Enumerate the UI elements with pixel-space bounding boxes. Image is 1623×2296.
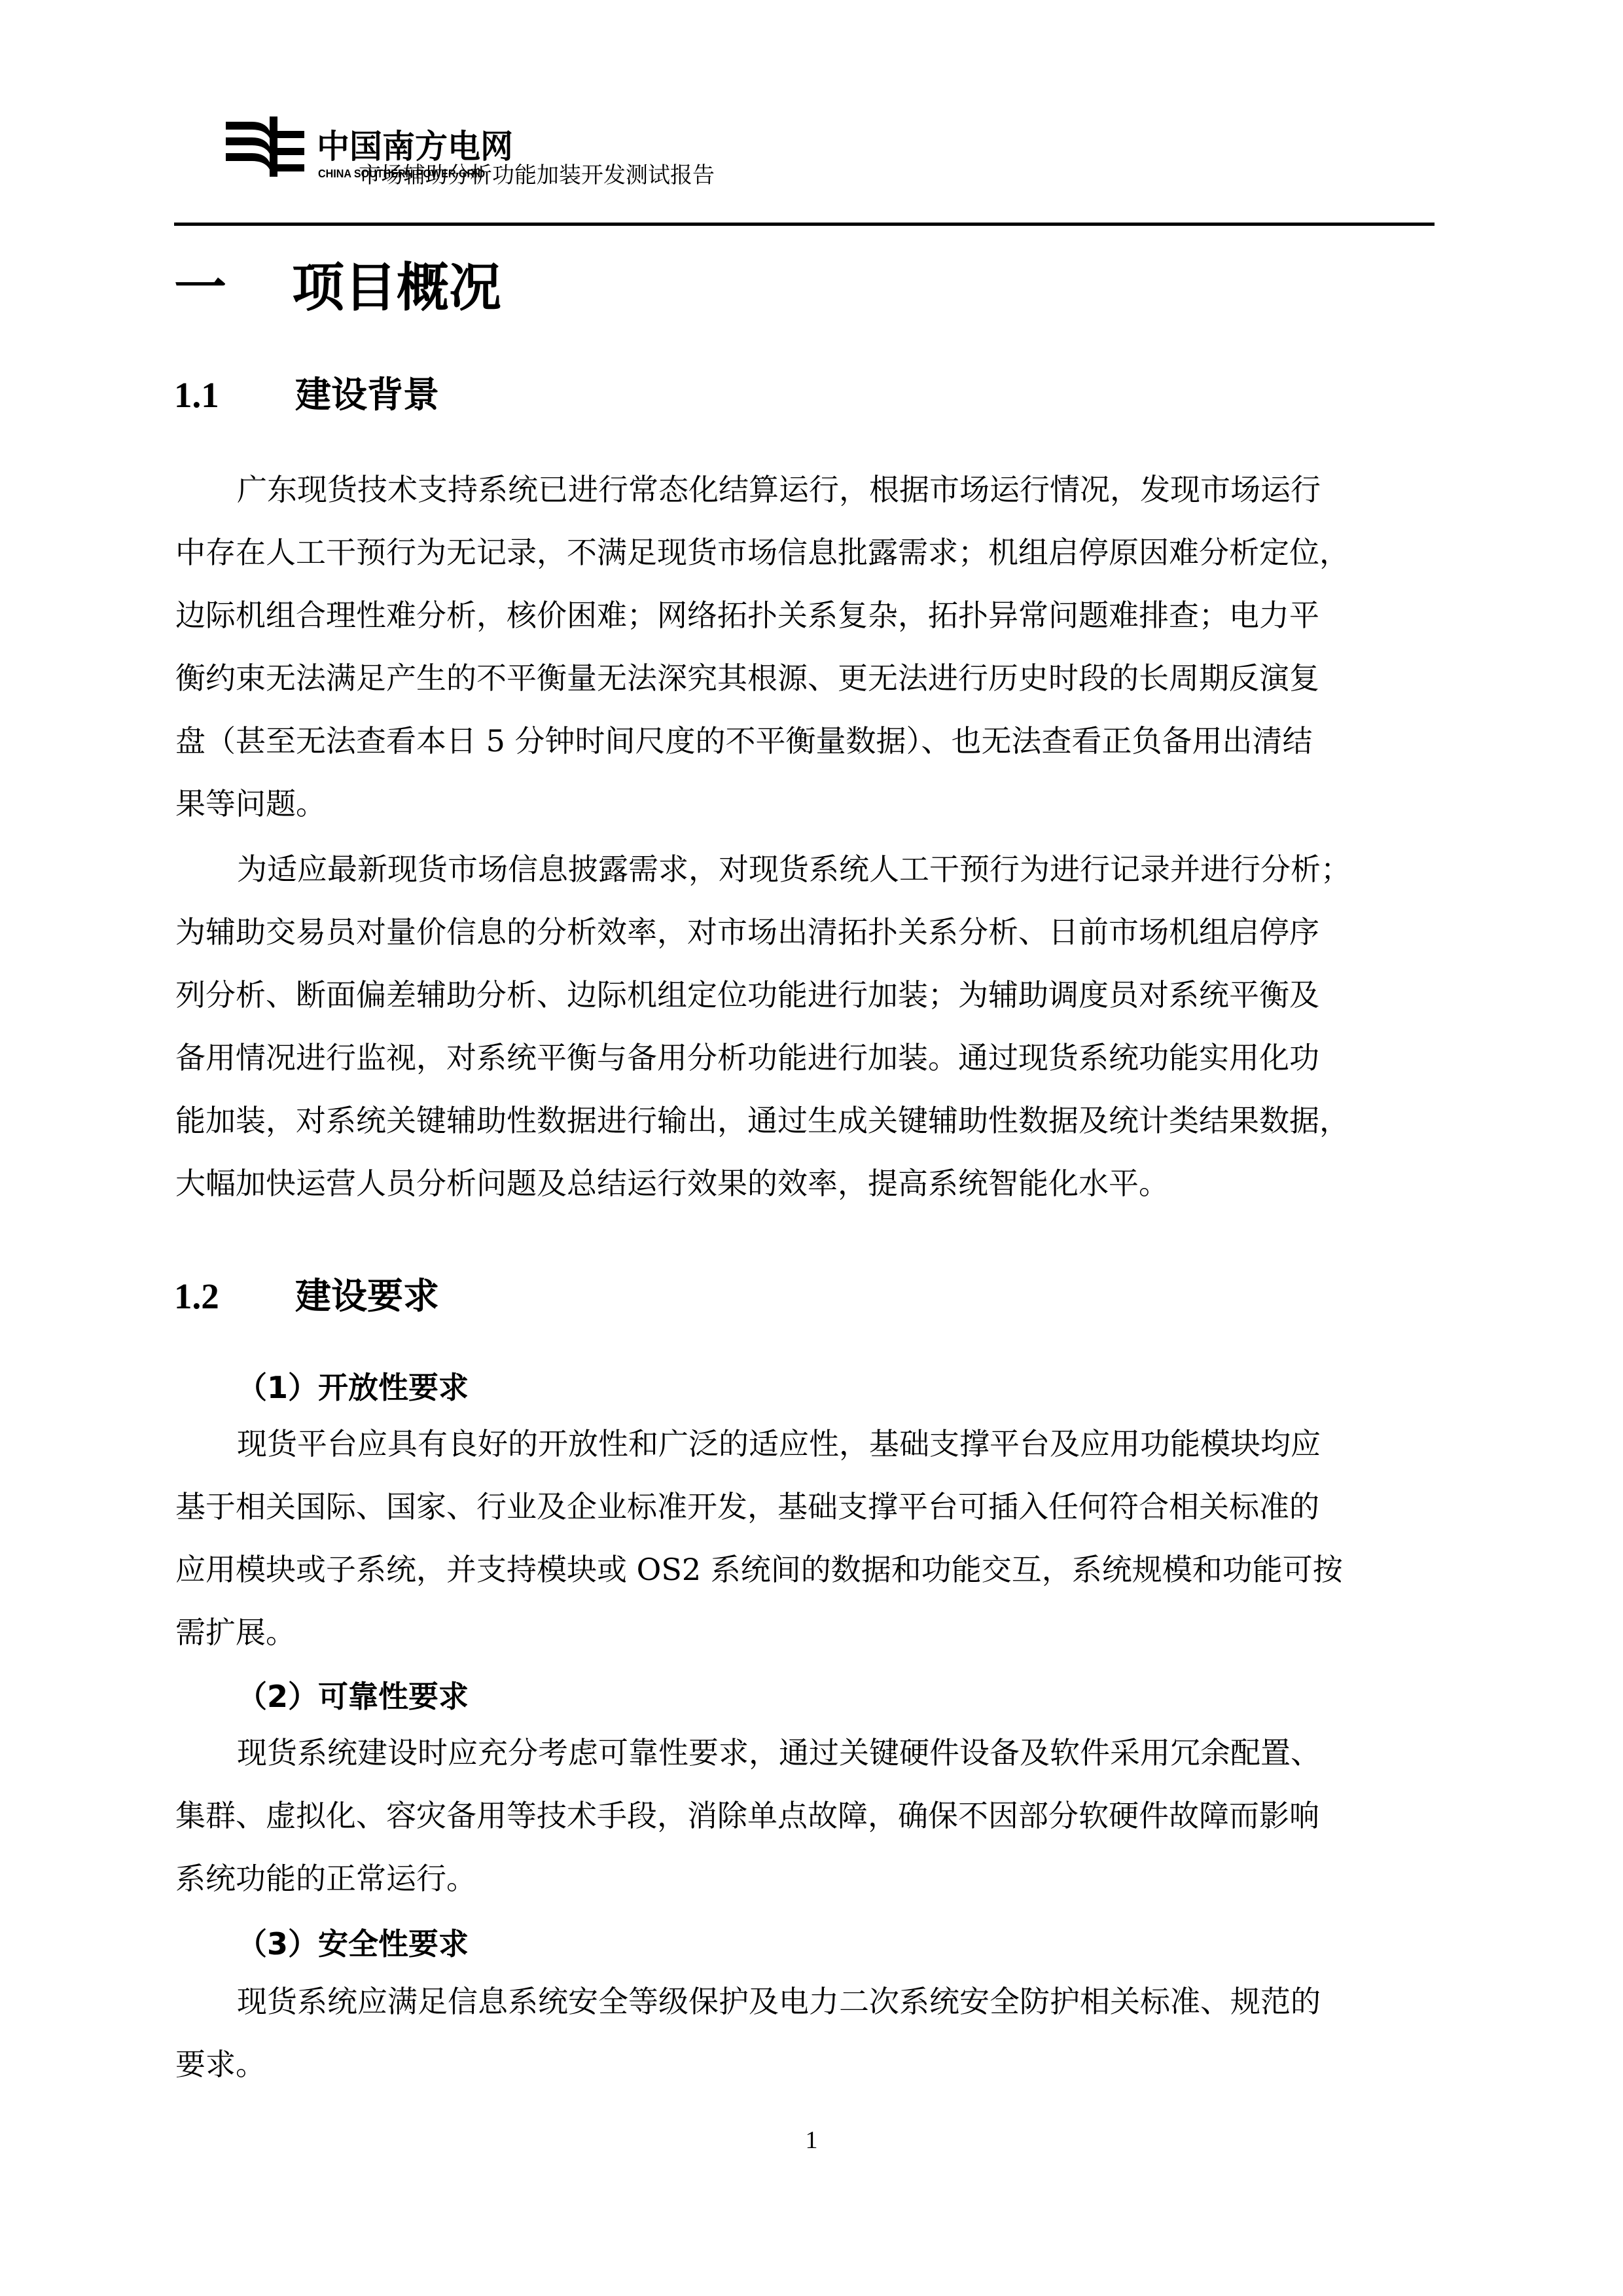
- text-line: 备用情况进行监视，对系统平衡与备用分析功能进行加装。通过现货系统功能实用化功: [175, 1026, 1419, 1089]
- text-line: 需扩展。: [175, 1601, 1419, 1664]
- text-line: 集群、虚拟化、容灾备用等技术手段，消除单点故障，确保不因部分软硬件故障而影响: [175, 1784, 1419, 1847]
- text-line: 要求。: [175, 2033, 1419, 2096]
- section-heading-1-2: 1.2建设要求: [174, 1273, 439, 1319]
- text-line: 系统功能的正常运行。: [175, 1847, 1419, 1910]
- requirement-heading-reliability: （2）可靠性要求: [237, 1677, 469, 1716]
- text-line: 为适应最新现货市场信息披露需求，对现货系统人工干预行为进行记录并进行分析；: [175, 838, 1419, 901]
- company-name-cn: 中国南方电网: [317, 128, 513, 165]
- text-line: 大幅加快运营人员分析问题及总结运行效果的效率，提高系统智能化水平。: [175, 1152, 1419, 1215]
- text-line: 现货系统应满足信息系统安全等级保护及电力二次系统安全防护相关标准、规范的: [175, 1970, 1419, 2033]
- requirement-heading-security: （3）安全性要求: [237, 1924, 469, 1964]
- section-title: 建设背景: [295, 374, 439, 416]
- text-line: 现货系统建设时应充分考虑可靠性要求，通过关键硬件设备及软件采用冗余配置、: [175, 1721, 1419, 1784]
- company-logo-icon: [226, 117, 306, 177]
- chapter-heading: 一项目概况: [174, 255, 501, 321]
- text-line: 为辅助交易员对量价信息的分析效率，对市场出清拓扑关系分析、日前市场机组启停序: [175, 901, 1419, 963]
- requirement-reliability-text: 现货系统建设时应充分考虑可靠性要求，通过关键硬件设备及软件采用冗余配置、 集群、…: [175, 1721, 1419, 1910]
- text-line: 衡约束无法满足产生的不平衡量无法深究其根源、更无法进行历史时段的长周期反演复: [175, 647, 1419, 709]
- chapter-title: 项目概况: [292, 257, 501, 318]
- header-divider: [174, 223, 1435, 226]
- text-line: 广东现货技术支持系统已进行常态化结算运行，根据市场运行情况，发现市场运行: [175, 458, 1419, 521]
- text-line: 现货平台应具有良好的开放性和广泛的适应性，基础支撑平台及应用功能模块均应: [175, 1412, 1419, 1475]
- chapter-number: 一: [174, 255, 292, 321]
- text-line: 基于相关国际、国家、行业及企业标准开发，基础支撑平台可插入任何符合相关标准的: [175, 1475, 1419, 1538]
- paragraph-background-1: 广东现货技术支持系统已进行常态化结算运行，根据市场运行情况，发现市场运行 中存在…: [175, 458, 1419, 835]
- section-number: 1.1: [174, 372, 295, 418]
- requirement-security-text: 现货系统应满足信息系统安全等级保护及电力二次系统安全防护相关标准、规范的 要求。: [175, 1970, 1419, 2096]
- text-line: 果等问题。: [175, 772, 1419, 835]
- text-line: 应用模块或子系统，并支持模块或 OS2 系统间的数据和功能交互，系统规模和功能可…: [175, 1538, 1419, 1601]
- paragraph-background-2: 为适应最新现货市场信息披露需求，对现货系统人工干预行为进行记录并进行分析； 为辅…: [175, 838, 1419, 1215]
- section-title: 建设要求: [295, 1275, 439, 1317]
- text-line: 中存在人工干预行为无记录，不满足现货市场信息批露需求；机组启停原因难分析定位，: [175, 521, 1419, 584]
- text-line: 边际机组合理性难分析，核价困难；网络拓扑关系复杂，拓扑异常问题难排查；电力平: [175, 584, 1419, 647]
- text-line: 盘（甚至无法查看本日 5 分钟时间尺度的不平衡量数据）、也无法查看正负备用出清结: [175, 709, 1419, 772]
- section-number: 1.2: [174, 1274, 295, 1319]
- requirement-openness-text: 现货平台应具有良好的开放性和广泛的适应性，基础支撑平台及应用功能模块均应 基于相…: [175, 1412, 1419, 1664]
- section-heading-1-1: 1.1建设背景: [174, 372, 439, 418]
- report-title: 市场辅助分析功能加装开发测试报告: [359, 162, 715, 188]
- requirement-heading-openness: （1）开放性要求: [237, 1368, 469, 1407]
- text-line: 列分析、断面偏差辅助分析、边际机组定位功能进行加装；为辅助调度员对系统平衡及: [175, 963, 1419, 1026]
- page-number: 1: [785, 2126, 838, 2155]
- text-line: 能加装，对系统关键辅助性数据进行输出，通过生成关键辅助性数据及统计类结果数据，: [175, 1089, 1419, 1152]
